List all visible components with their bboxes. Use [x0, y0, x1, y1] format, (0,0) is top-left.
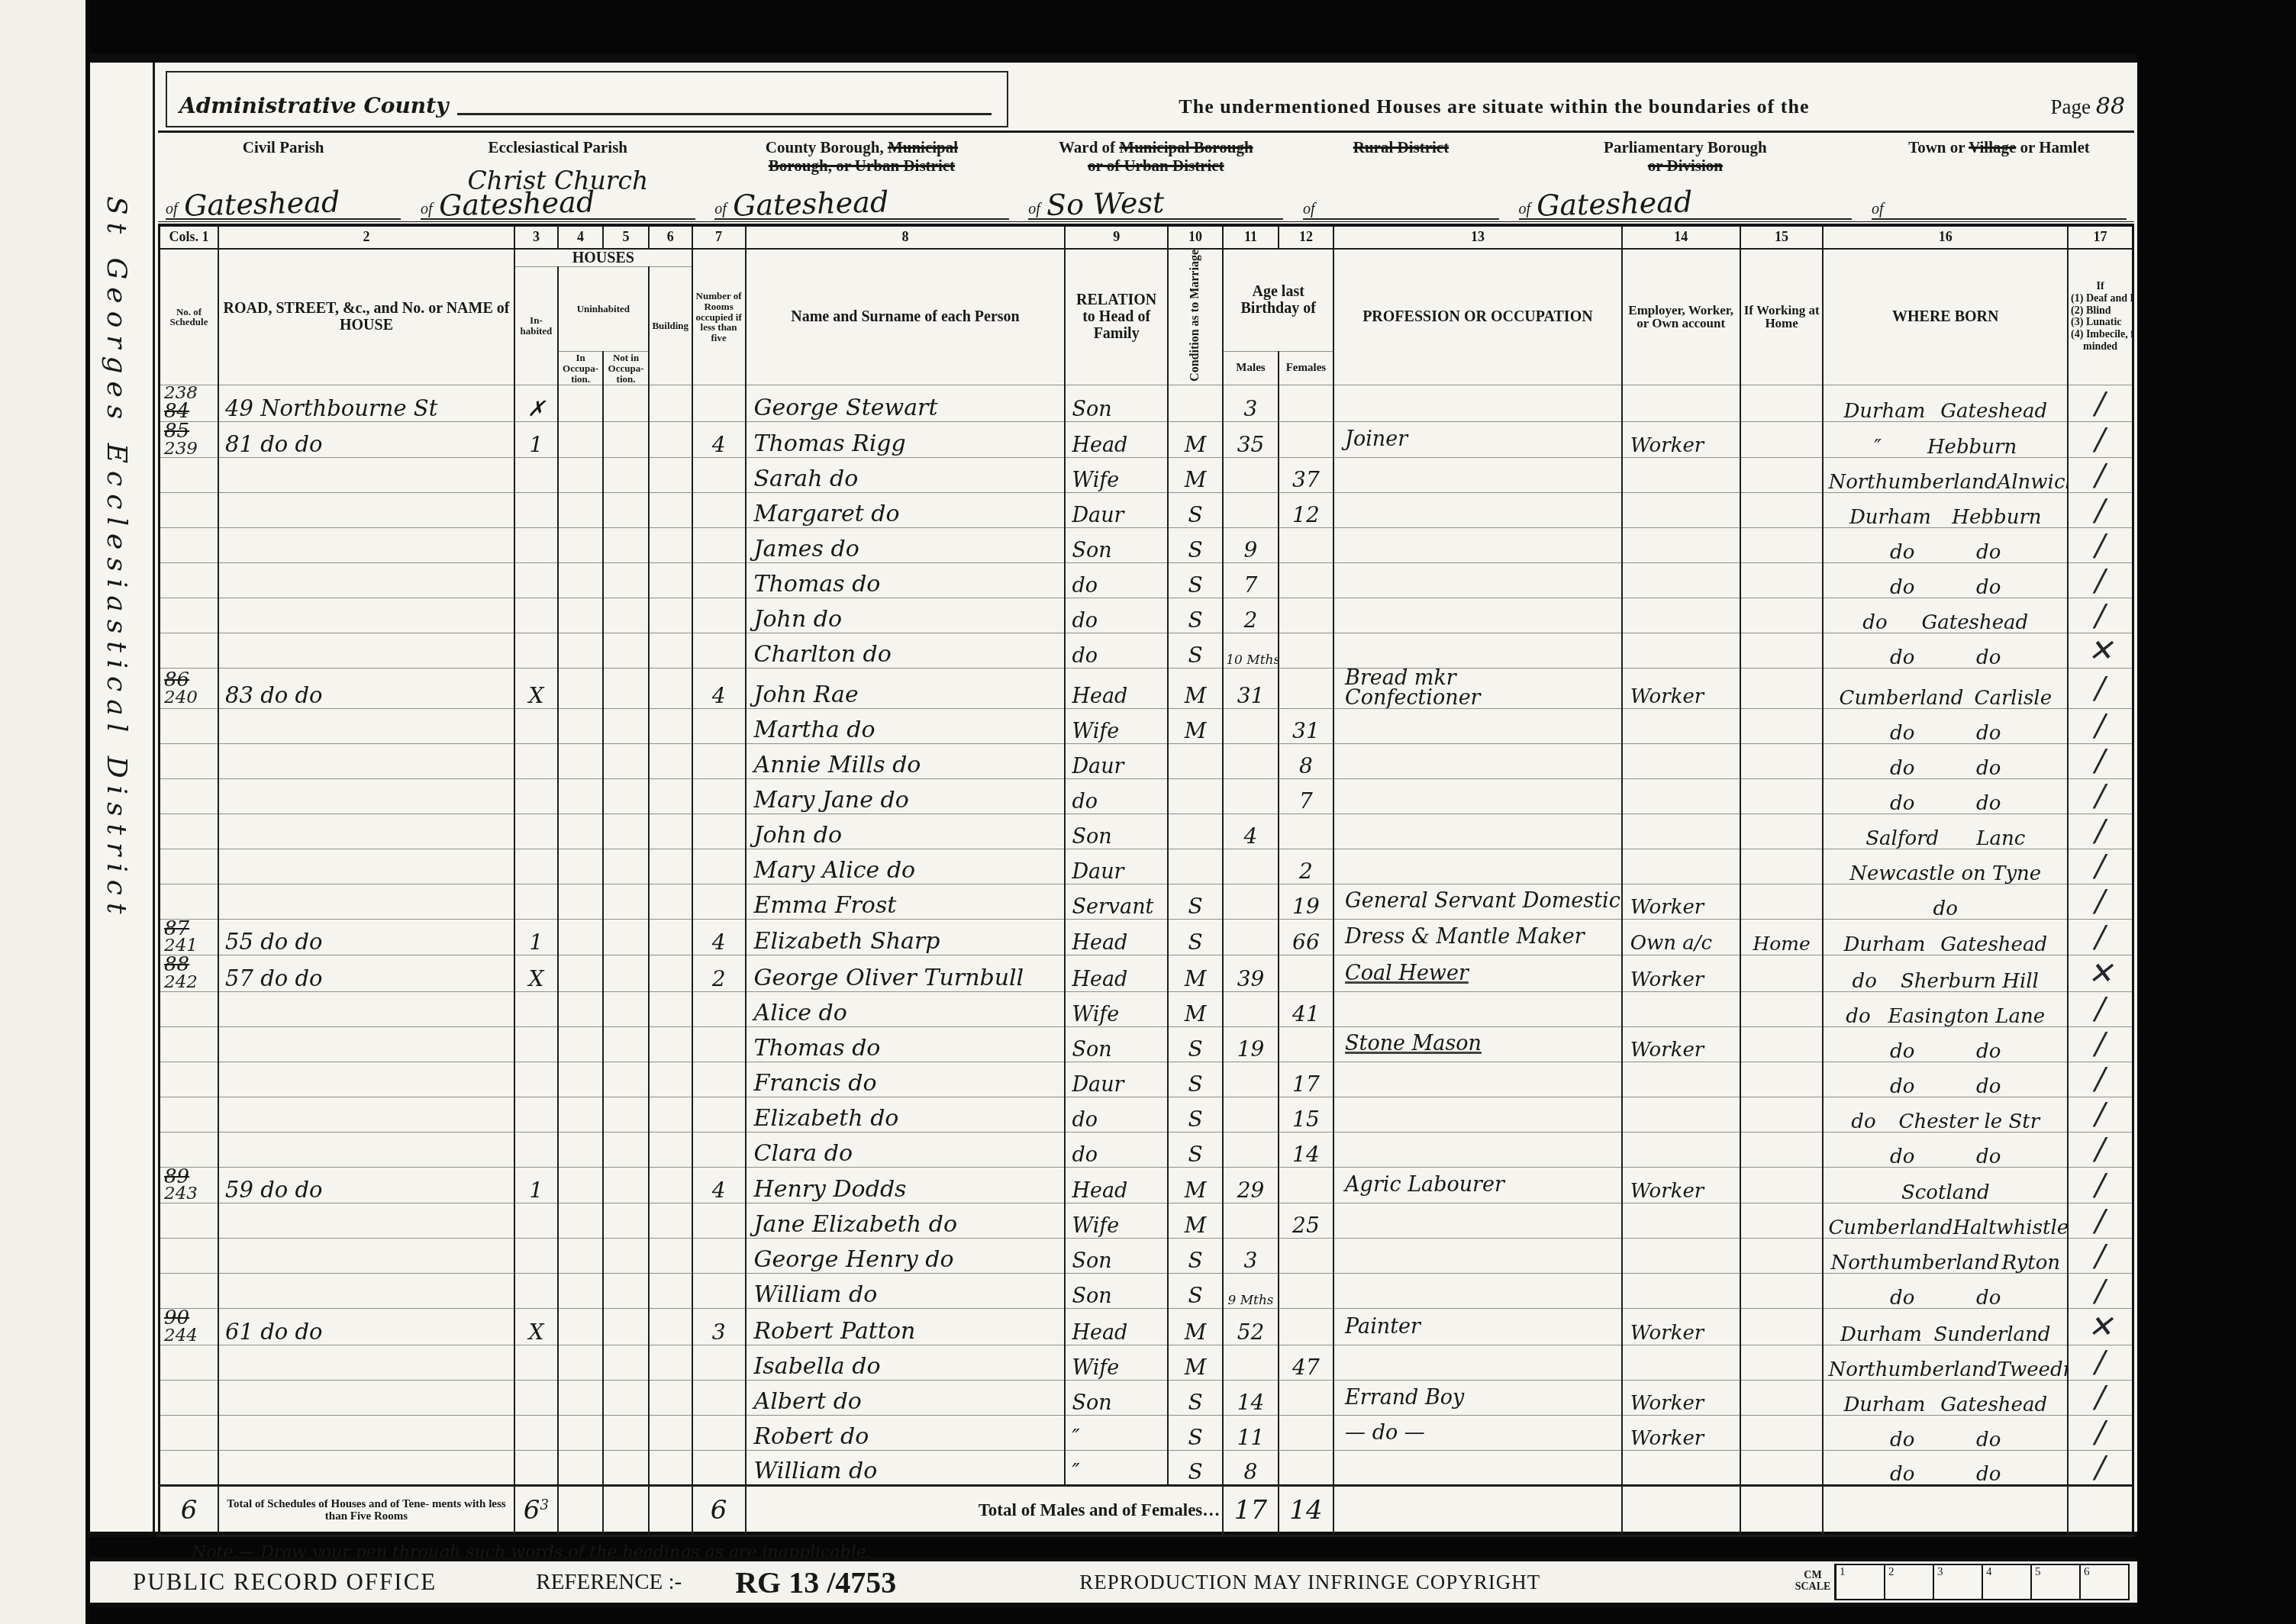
relation-cell: Son — [1065, 1274, 1167, 1309]
copyright-warning: REPRODUCTION MAY INFRINGE COPYRIGHT — [1079, 1571, 1540, 1594]
condition-cell: S — [1168, 528, 1223, 563]
uninhabited-in-cell — [558, 991, 603, 1026]
rooms-cell — [692, 633, 746, 669]
home-cell — [1740, 1415, 1824, 1450]
born-cell: dodo — [1823, 1450, 2068, 1485]
header-uninhabited: Uninhabited — [558, 266, 649, 352]
census-table: Cols. 1 2 3 4 5 6 7 8 9 10 11 12 13 14 — [158, 224, 2134, 1537]
address-cell — [218, 1132, 514, 1167]
relation-cell: Head — [1065, 955, 1167, 992]
home-cell — [1740, 669, 1824, 708]
occupation-cell — [1333, 778, 1622, 814]
condition-cell: M — [1168, 955, 1223, 992]
infirmity-cell: / — [2068, 1380, 2133, 1415]
age-female-cell: 17 — [1279, 1062, 1333, 1097]
age-female-cell — [1279, 1450, 1333, 1485]
uninhabited-not-cell — [603, 708, 648, 743]
inhabited-cell: X — [514, 669, 558, 708]
census-row: Thomas doSonS19Stone MasonWorkerdodo/ — [160, 1026, 2133, 1062]
occupation-cell — [1333, 849, 1622, 884]
occupation-cell — [1333, 633, 1622, 669]
census-row: 8624083 do doX4John RaeHeadM31Bread mkrC… — [160, 669, 2133, 708]
schedule-cell — [160, 458, 219, 493]
uninhabited-not-cell — [603, 1274, 648, 1309]
born-cell: dodo — [1823, 1274, 2068, 1309]
col-number: 13 — [1333, 226, 1622, 249]
employer-cell — [1622, 991, 1740, 1026]
census-row: George Henry doSonS3NorthumberlandRyton/ — [160, 1239, 2133, 1274]
header-home: If Working at Home — [1740, 249, 1824, 385]
age-male-cell — [1223, 778, 1278, 814]
home-cell — [1740, 1450, 1824, 1485]
building-cell — [649, 991, 692, 1026]
occupation-cell: Coal Hewer — [1333, 955, 1622, 992]
totals-males-females-label: Total of Males and of Females… — [746, 1485, 1224, 1535]
rooms-cell — [692, 1132, 746, 1167]
home-cell — [1740, 528, 1824, 563]
rooms-cell: 4 — [692, 669, 746, 708]
inhabited-cell — [514, 1380, 558, 1415]
census-row: Martha doWifeM31dodo/ — [160, 708, 2133, 743]
administrative-county-label: Administrative County — [179, 93, 448, 118]
infirmity-cell: / — [2068, 1239, 2133, 1274]
of-label: of — [714, 201, 733, 218]
relation-cell: Wife — [1065, 458, 1167, 493]
rooms-cell — [692, 1239, 746, 1274]
relation-cell: Son — [1065, 814, 1167, 849]
col-number: 12 — [1279, 226, 1333, 249]
building-cell — [649, 563, 692, 598]
infirmity-cell: / — [2068, 1415, 2133, 1450]
condition-cell: S — [1168, 1274, 1223, 1309]
header-condition: Condition as to Marriage — [1168, 249, 1223, 385]
inhabited-cell — [514, 1415, 558, 1450]
age-female-cell — [1279, 598, 1333, 633]
building-cell — [649, 884, 692, 919]
condition-cell: S — [1168, 919, 1223, 955]
occupation-cell — [1333, 991, 1622, 1026]
infirmity-cell: / — [2068, 814, 2133, 849]
inhabited-cell — [514, 1274, 558, 1309]
inhabited-cell — [514, 1203, 558, 1239]
building-cell — [649, 458, 692, 493]
inhabited-cell: 1 — [514, 1167, 558, 1203]
employer-cell — [1622, 493, 1740, 528]
infirmity-cell: ✕ — [2068, 955, 2133, 992]
header-not-occupation: Not in Occupa-tion. — [603, 352, 648, 385]
header-field-value: Gateshead — [1537, 187, 1693, 220]
infirmity-cell: ✕ — [2068, 633, 2133, 669]
rooms-cell — [692, 743, 746, 778]
employer-cell — [1622, 458, 1740, 493]
col-number: 6 — [649, 226, 692, 249]
occupation-cell — [1333, 563, 1622, 598]
age-female-cell: 12 — [1279, 493, 1333, 528]
name-cell: Albert do — [746, 1380, 1066, 1415]
occupation-cell: Agric Labourer — [1333, 1167, 1622, 1203]
age-female-cell — [1279, 1167, 1333, 1203]
address-cell: 49 Northbourne St — [218, 385, 514, 422]
home-cell — [1740, 743, 1824, 778]
home-cell — [1740, 778, 1824, 814]
address-cell — [218, 1274, 514, 1309]
employer-cell — [1622, 1274, 1740, 1309]
age-male-cell: 3 — [1223, 385, 1278, 422]
infirmity-cell: / — [2068, 743, 2133, 778]
uninhabited-not-cell — [603, 385, 648, 422]
condition-cell: S — [1168, 598, 1223, 633]
col-number: 9 — [1065, 226, 1167, 249]
header-infirmity: If (1) Deaf and Dumb (2) Blind (3) Lunat… — [2068, 249, 2133, 385]
col-number: 10 — [1168, 226, 1223, 249]
condition-cell: M — [1168, 1309, 1223, 1345]
schedule-cell — [160, 814, 219, 849]
uninhabited-in-cell — [558, 743, 603, 778]
relation-cell: Son — [1065, 1380, 1167, 1415]
uninhabited-in-cell — [558, 955, 603, 992]
home-cell — [1740, 385, 1824, 422]
col-number: 4 — [558, 226, 603, 249]
occupation-cell: Stone Mason — [1333, 1026, 1622, 1062]
schedule-cell — [160, 1239, 219, 1274]
name-cell: Mary Jane do — [746, 778, 1066, 814]
occupation-cell — [1333, 1132, 1622, 1167]
uninhabited-in-cell — [558, 778, 603, 814]
uninhabited-in-cell — [558, 1167, 603, 1203]
relation-cell: Son — [1065, 1026, 1167, 1062]
infirmity-cell: / — [2068, 598, 2133, 633]
address-cell — [218, 778, 514, 814]
building-cell — [649, 421, 692, 458]
header-rooms: Number of Rooms occupied if less than fi… — [692, 249, 746, 385]
census-row: John dodoS2doGateshead/ — [160, 598, 2133, 633]
uninhabited-in-cell — [558, 1097, 603, 1132]
inhabited-cell — [514, 458, 558, 493]
situate-line: The undermentioned Houses are situate wi… — [1008, 95, 1980, 127]
building-cell — [649, 778, 692, 814]
name-cell: Martha do — [746, 708, 1066, 743]
col-number: 17 — [2068, 226, 2133, 249]
relation-cell: Wife — [1065, 991, 1167, 1026]
condition-cell: M — [1168, 1167, 1223, 1203]
cm-scale-box: 4 — [1983, 1564, 2032, 1600]
age-male-cell: 31 — [1223, 669, 1278, 708]
relation-cell: Head — [1065, 1309, 1167, 1345]
occupation-cell — [1333, 493, 1622, 528]
born-cell: SalfordLanc — [1823, 814, 2068, 849]
census-row: Emma FrostServantS19General Servant Dome… — [160, 884, 2133, 919]
of-label: of — [1872, 201, 1890, 218]
condition-cell: S — [1168, 1415, 1223, 1450]
name-cell: Sarah do — [746, 458, 1066, 493]
census-row: Isabella doWifeM47NorthumberlandTweedmou… — [160, 1345, 2133, 1380]
home-cell — [1740, 1380, 1824, 1415]
born-cell: do — [1823, 884, 2068, 919]
age-female-cell: 8 — [1279, 743, 1333, 778]
building-cell — [649, 955, 692, 992]
age-female-cell — [1279, 955, 1333, 992]
schedule-cell — [160, 1132, 219, 1167]
uninhabited-not-cell — [603, 884, 648, 919]
adjacent-page-edge — [0, 0, 90, 1624]
address-cell — [218, 884, 514, 919]
home-cell — [1740, 1274, 1824, 1309]
employer-cell — [1622, 1450, 1740, 1485]
uninhabited-not-cell — [603, 669, 648, 708]
uninhabited-in-cell — [558, 1062, 603, 1097]
census-row: 2388449 Northbourne St✗George StewartSon… — [160, 385, 2133, 422]
age-male-cell: 10 Mths — [1223, 633, 1278, 669]
administrative-county-box: Administrative County — [166, 71, 1008, 127]
address-cell: 81 do do — [218, 421, 514, 458]
of-label: of — [1028, 201, 1046, 218]
employer-cell: Worker — [1622, 1380, 1740, 1415]
condition-cell: S — [1168, 1380, 1223, 1415]
name-cell: Mary Alice do — [746, 849, 1066, 884]
name-cell: John do — [746, 598, 1066, 633]
employer-cell — [1622, 1239, 1740, 1274]
infirmity-cell: / — [2068, 849, 2133, 884]
address-cell — [218, 1062, 514, 1097]
uninhabited-in-cell — [558, 1132, 603, 1167]
home-cell — [1740, 884, 1824, 919]
schedule-cell — [160, 1203, 219, 1239]
header-field-value: Gateshead — [732, 187, 888, 220]
condition-cell — [1168, 385, 1223, 422]
name-cell: Thomas Rigg — [746, 421, 1066, 458]
uninhabited-in-cell — [558, 919, 603, 955]
infirmity-cell: / — [2068, 919, 2133, 955]
uninhabited-in-cell — [558, 633, 603, 669]
header-born: WHERE BORN — [1823, 249, 2068, 385]
occupation-cell — [1333, 1345, 1622, 1380]
name-cell: Emma Frost — [746, 884, 1066, 919]
condition-cell: S — [1168, 884, 1223, 919]
totals-label: Total of Schedules of Houses and of Tene… — [218, 1485, 514, 1535]
rooms-cell — [692, 1062, 746, 1097]
totals-row: 6 Total of Schedules of Houses and of Te… — [160, 1485, 2133, 1535]
infirmity-cell: / — [2068, 708, 2133, 743]
uninhabited-not-cell — [603, 1309, 648, 1345]
home-cell — [1740, 991, 1824, 1026]
occupation-cell — [1333, 743, 1622, 778]
age-male-cell — [1223, 1132, 1278, 1167]
age-male-cell: 14 — [1223, 1380, 1278, 1415]
rooms-cell — [692, 598, 746, 633]
header-field-label: County Borough, MunicipalBorough, or Urb… — [714, 139, 1008, 175]
census-row: 8724155 do do14Elizabeth SharpHeadS66Dre… — [160, 919, 2133, 955]
header-row-main: No. of Schedule ROAD, STREET, &c., and N… — [160, 249, 2133, 267]
employer-cell — [1622, 1062, 1740, 1097]
relation-cell: ″ — [1065, 1450, 1167, 1485]
age-female-cell — [1279, 1415, 1333, 1450]
born-cell: DurhamGateshead — [1823, 919, 2068, 955]
schedule-cell — [160, 598, 219, 633]
building-cell — [649, 919, 692, 955]
age-female-cell — [1279, 1380, 1333, 1415]
uninhabited-in-cell — [558, 884, 603, 919]
header-field-value: So West — [1046, 188, 1164, 220]
age-female-cell: 31 — [1279, 708, 1333, 743]
col-number: 2 — [218, 226, 514, 249]
home-cell: Home — [1740, 919, 1824, 955]
header-females: Females — [1279, 352, 1333, 385]
infirmity-cell: / — [2068, 458, 2133, 493]
census-row: 8924359 do do14Henry DoddsHeadM29Agric L… — [160, 1167, 2133, 1203]
uninhabited-not-cell — [603, 1415, 648, 1450]
rooms-cell: 4 — [692, 421, 746, 458]
address-cell — [218, 1380, 514, 1415]
address-cell: 55 do do — [218, 919, 514, 955]
occupation-cell — [1333, 385, 1622, 422]
name-cell: George Stewart — [746, 385, 1066, 422]
building-cell — [649, 1062, 692, 1097]
age-male-cell — [1223, 1203, 1278, 1239]
uninhabited-in-cell — [558, 563, 603, 598]
rooms-cell — [692, 385, 746, 422]
uninhabited-not-cell — [603, 563, 648, 598]
schedule-cell — [160, 1097, 219, 1132]
public-record-office-label: PUBLIC RECORD OFFICE — [133, 1568, 437, 1596]
employer-cell: Worker — [1622, 884, 1740, 919]
home-cell — [1740, 458, 1824, 493]
uninhabited-not-cell — [603, 1062, 648, 1097]
born-cell: DurhamGateshead — [1823, 385, 2068, 422]
header-name: Name and Surname of each Person — [746, 249, 1066, 385]
age-male-cell — [1223, 1345, 1278, 1380]
rooms-cell: 4 — [692, 919, 746, 955]
employer-cell — [1622, 633, 1740, 669]
home-cell — [1740, 814, 1824, 849]
census-row: William doSonS9 Mthsdodo/ — [160, 1274, 2133, 1309]
schedule-cell: 86240 — [160, 669, 219, 708]
age-female-cell — [1279, 1239, 1333, 1274]
employer-cell — [1622, 743, 1740, 778]
header-fields: Civil ParishofGatesheadEcclesiastical Pa… — [158, 133, 2134, 224]
schedule-cell — [160, 1274, 219, 1309]
inhabited-cell: 1 — [514, 919, 558, 955]
schedule-cell — [160, 528, 219, 563]
relation-cell: Daur — [1065, 849, 1167, 884]
relation-cell: Son — [1065, 528, 1167, 563]
header-occupation: PROFESSION OR OCCUPATION — [1333, 249, 1622, 385]
inhabited-cell — [514, 991, 558, 1026]
col-number: 16 — [1823, 226, 2068, 249]
rooms-cell — [692, 991, 746, 1026]
rooms-cell: 4 — [692, 1167, 746, 1203]
uninhabited-not-cell — [603, 1450, 648, 1485]
uninhabited-not-cell — [603, 991, 648, 1026]
occupation-cell: Errand Boy — [1333, 1380, 1622, 1415]
header-field: Civil ParishofGateshead — [166, 139, 401, 220]
address-cell: 59 do do — [218, 1167, 514, 1203]
rooms-cell: 3 — [692, 1309, 746, 1345]
address-cell — [218, 1026, 514, 1062]
header-field-value: Gateshead — [438, 187, 595, 220]
employer-cell — [1622, 849, 1740, 884]
age-male-cell: 8 — [1223, 1450, 1278, 1485]
infirmity-cell: / — [2068, 884, 2133, 919]
census-row: Sarah doWifeM37NorthumberlandAlnwick/ — [160, 458, 2133, 493]
born-cell: DurhamSunderland — [1823, 1309, 2068, 1345]
reference-number: RG 13 /4753 — [735, 1564, 896, 1600]
totals-females: 14 — [1279, 1485, 1333, 1535]
rooms-cell — [692, 1026, 746, 1062]
occupation-cell — [1333, 1450, 1622, 1485]
uninhabited-not-cell — [603, 633, 648, 669]
address-cell — [218, 849, 514, 884]
infirmity-cell: / — [2068, 1026, 2133, 1062]
infirmity-cell: / — [2068, 778, 2133, 814]
home-cell — [1740, 598, 1824, 633]
schedule-cell — [160, 708, 219, 743]
name-cell: Elizabeth Sharp — [746, 919, 1066, 955]
age-male-cell: 19 — [1223, 1026, 1278, 1062]
cm-scale-box: 3 — [1934, 1564, 1983, 1600]
age-male-cell: 2 — [1223, 598, 1278, 633]
condition-cell: S — [1168, 1026, 1223, 1062]
census-row: Clara dodoS14dodo/ — [160, 1132, 2133, 1167]
uninhabited-not-cell — [603, 1026, 648, 1062]
relation-cell: do — [1065, 598, 1167, 633]
cm-scale: CM SCALE 123456 — [1791, 1564, 2130, 1600]
infirmity-cell: / — [2068, 1203, 2133, 1239]
age-female-cell: 37 — [1279, 458, 1333, 493]
employer-cell: Worker — [1622, 1167, 1740, 1203]
age-female-cell — [1279, 669, 1333, 708]
rooms-cell — [692, 1450, 746, 1485]
building-cell — [649, 1097, 692, 1132]
rooms-cell — [692, 778, 746, 814]
uninhabited-not-cell — [603, 919, 648, 955]
building-cell — [649, 743, 692, 778]
rooms-cell — [692, 849, 746, 884]
occupation-cell — [1333, 1274, 1622, 1309]
uninhabited-in-cell — [558, 1345, 603, 1380]
uninhabited-not-cell — [603, 1132, 648, 1167]
rooms-cell — [692, 458, 746, 493]
rooms-cell — [692, 884, 746, 919]
address-cell — [218, 1203, 514, 1239]
name-cell: Clara do — [746, 1132, 1066, 1167]
home-cell — [1740, 493, 1824, 528]
inhabited-cell — [514, 1450, 558, 1485]
infirmity-cell: / — [2068, 563, 2133, 598]
left-margin: St Georges Ecclesiastical District — [90, 63, 155, 1532]
blank-rule — [457, 110, 991, 115]
home-cell — [1740, 1026, 1824, 1062]
home-cell — [1740, 1203, 1824, 1239]
uninhabited-in-cell — [558, 708, 603, 743]
uninhabited-not-cell — [603, 778, 648, 814]
home-cell — [1740, 1062, 1824, 1097]
born-cell: dodo — [1823, 778, 2068, 814]
condition-cell — [1168, 778, 1223, 814]
inhabited-cell — [514, 849, 558, 884]
age-female-cell — [1279, 633, 1333, 669]
infirmity-cell: / — [2068, 1167, 2133, 1203]
uninhabited-not-cell — [603, 493, 648, 528]
infirmity-cell: / — [2068, 421, 2133, 458]
schedule-cell — [160, 991, 219, 1026]
schedule-cell: 89243 — [160, 1167, 219, 1203]
census-row: Mary Jane dodo7dodo/ — [160, 778, 2133, 814]
name-cell: Robert Patton — [746, 1309, 1066, 1345]
address-cell — [218, 1450, 514, 1485]
born-cell: DurhamGateshead — [1823, 1380, 2068, 1415]
infirmity-cell: / — [2068, 493, 2133, 528]
page-number: Page 88 — [1980, 93, 2125, 127]
